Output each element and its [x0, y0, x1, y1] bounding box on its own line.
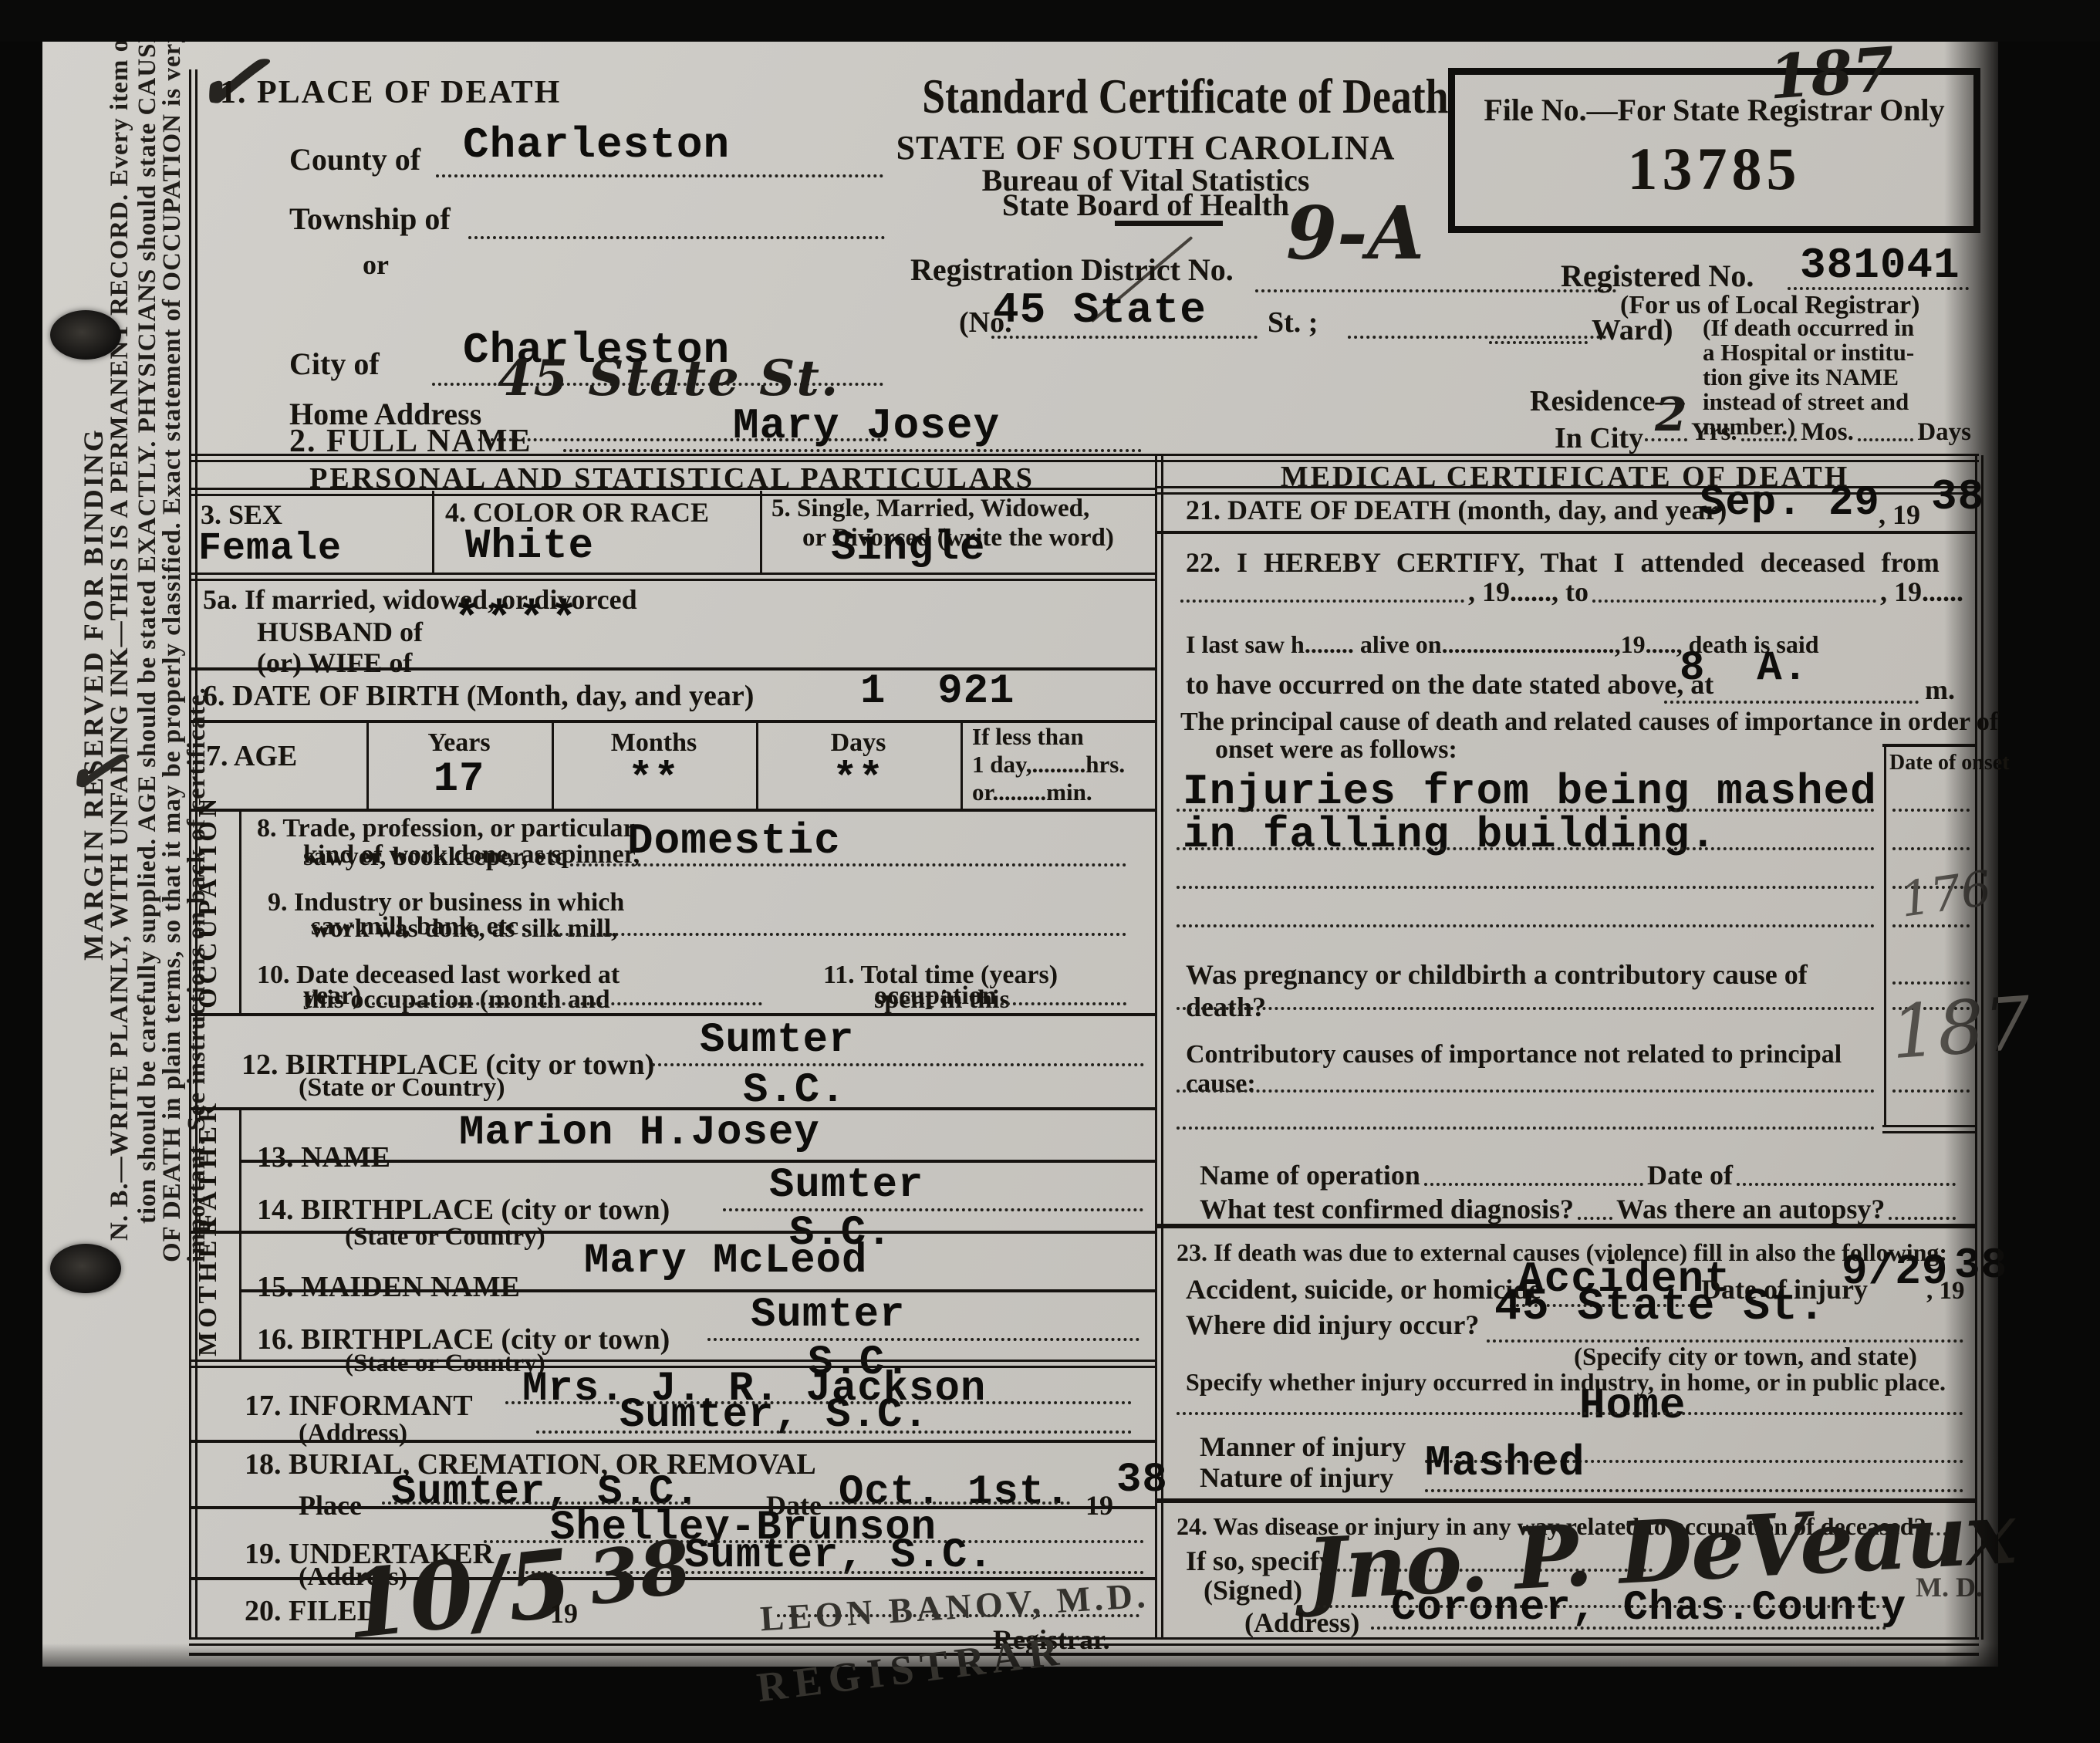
where-value: 45 State St. [1494, 1284, 1826, 1333]
margin-note-binding: MARGIN RESERVED FOR BINDING [77, 427, 110, 961]
dotted-line [366, 1002, 762, 1005]
marital-value: Single [831, 526, 985, 571]
filed-date-hand: 10/5 [340, 1533, 576, 1657]
rule-21-bottom [1155, 531, 1975, 534]
cause-rule-7 [1177, 1127, 1875, 1130]
rule-occ-bottom [189, 1013, 1155, 1016]
item22-certify: 22. I HEREBY CERTIFY, That I attended de… [1186, 548, 1940, 578]
page-number-hand: 187 [1767, 37, 1896, 110]
dob-label: 6. DATE OF BIRTH (Month, day, and year) [203, 681, 754, 712]
full-name-line [563, 449, 1142, 452]
dotted-line [1858, 438, 1914, 441]
registered-line [1788, 287, 1969, 290]
address-line [1371, 1626, 1886, 1630]
hospital-note-3: tion give its NAME [1703, 364, 1899, 390]
cause-rule-2 [1177, 847, 1875, 850]
scan-edge-top [0, 0, 2100, 42]
item17-sub-label: (Address) [299, 1420, 407, 1448]
age-divider-4 [961, 723, 963, 809]
signed-label: (Signed) [1204, 1576, 1302, 1606]
item1-label: 1. PLACE OF DEATH [220, 76, 561, 110]
scan-edge-bottom [42, 1643, 1998, 1667]
occurred-line [1664, 701, 1919, 704]
days-label: Days [756, 729, 961, 758]
left-section-header: PERSONAL AND STATISTICAL PARTICULARS [189, 463, 1155, 495]
registered-no-value: 381041 [1800, 242, 1960, 289]
item9-line: saw mill, bank, etc [311, 912, 1130, 941]
nature-value: Mashed [1425, 1440, 1585, 1486]
mother-inner-line [239, 1231, 241, 1360]
item14-value-city: Sumter [769, 1164, 923, 1208]
onset-box-left [1884, 744, 1886, 1127]
in-city-label: In City [1555, 423, 1643, 454]
item22-19a: , 19......, to [1468, 576, 1589, 608]
residence-units-row: Yrs. Mos. Days [1641, 418, 1971, 447]
binder-hole-top [50, 310, 121, 360]
county-line [436, 174, 883, 177]
dotted-line [1645, 438, 1687, 441]
occurred-label: to have occurred on the date stated abov… [1186, 670, 1713, 700]
township-line [468, 236, 885, 239]
item14-label: 14. BIRTHPLACE (city or town) [257, 1194, 670, 1226]
st-label: St. ; [1268, 307, 1318, 339]
burial-year-value: 38 [1116, 1458, 1168, 1503]
days-value: ** [756, 758, 961, 802]
item14-line [723, 1208, 1143, 1211]
rule-age-bottom [189, 809, 1155, 812]
rule-above-23 [1155, 1224, 1975, 1228]
filed-19-label: 19 [550, 1599, 578, 1629]
reg-district-label: Registration District No. [910, 253, 1234, 286]
ifless-label-1: If less than [972, 724, 1084, 749]
registered-no-label: Registered No. [1561, 259, 1754, 292]
title-dash [1115, 221, 1223, 226]
occurred-time-value: 8 A. [1680, 647, 1808, 691]
item2-label: 2. FULL NAME [289, 424, 532, 459]
item8-value: Domestic [627, 818, 841, 864]
item17-line-2 [536, 1431, 1132, 1434]
street-number-value: 45 State [993, 287, 1207, 333]
item11-label-3: occupation [874, 981, 997, 1011]
county-label: County of [289, 143, 420, 176]
principal-cause-label-1: The principal cause of death and related… [1180, 708, 1998, 737]
home-address-value: 45 State St. [498, 352, 839, 405]
dob-value: 1 921 [860, 670, 1015, 714]
occupation-side-label: OCCUPATION [194, 814, 223, 1008]
where-label: Where did injury occur? [1186, 1310, 1479, 1340]
ifless-label-2: 1 day,.........hrs. [972, 752, 1125, 777]
item14-sub-label: (State or Country) [345, 1224, 545, 1252]
dotted-line [1592, 600, 1876, 603]
item22-attend-line: , 19......, to , 19...... [1177, 576, 1963, 608]
hospital-note-1: (If death occurred in [1703, 315, 1914, 340]
pregnancy-line: Was pregnancy or childbirth a contributo… [1186, 958, 1876, 1023]
item15-value: Mary McLeod [584, 1239, 867, 1284]
item12-sub-label: (State or Country) [299, 1074, 505, 1103]
ward-label: Ward) [1592, 315, 1673, 346]
rule-14-bottom [189, 1231, 1155, 1234]
yrs-label: Yrs. [1691, 418, 1737, 447]
item5a-label-2: HUSBAND of [257, 617, 423, 647]
marital-label-1: 5. Single, Married, Widowed, [771, 495, 1089, 523]
father-inner-line [239, 1107, 241, 1231]
city-label: City of [289, 347, 380, 380]
binder-hole-bottom [50, 1244, 121, 1293]
item16-line [707, 1338, 1139, 1341]
mos-label: Mos. [1801, 418, 1854, 447]
principal-cause-label-2: onset were as follows: [1215, 736, 1457, 765]
item10-label-3: year) [303, 981, 362, 1011]
scanned-death-certificate: { "margin": { "binding": "MARGIN RESERVE… [0, 0, 2100, 1743]
ifless-label-3: or.........min. [972, 779, 1092, 805]
dotted-line [1737, 1183, 1956, 1186]
occupation-inner-line [239, 809, 241, 1013]
reg-district-value: 9-A [1286, 194, 1424, 274]
item5a-label-3: (or) WIFE of [257, 648, 412, 678]
dotted-line [1424, 1183, 1643, 1186]
township-label: Township of [289, 202, 451, 235]
mother-side-label: MOTHER [194, 1236, 223, 1356]
divider-sex-race [432, 491, 434, 573]
autopsy-label: Was there an autopsy? [1616, 1193, 1885, 1225]
item8-label-1: 8. Trade, profession, or particular [257, 815, 635, 843]
item12-line [652, 1063, 1144, 1066]
address-label: (Address) [1244, 1608, 1359, 1638]
cause-rule-5 [1177, 1007, 1875, 1010]
item9-label-3: saw mill, bank, etc [311, 912, 518, 941]
item13-label: 13. NAME [257, 1142, 390, 1174]
item16-value-city: Sumter [751, 1293, 905, 1338]
certificate-paper: MARGIN RESERVED FOR BINDING N. B.—WRITE … [42, 23, 1998, 1667]
or-label: or [363, 250, 389, 280]
rule-15-bottom [239, 1289, 1155, 1292]
test-label: What test confirmed diagnosis? [1200, 1193, 1574, 1225]
file-number: 13785 [1455, 137, 1973, 201]
operation-label: Name of operation [1200, 1159, 1420, 1191]
scan-edge-right [1944, 23, 1998, 1667]
years-value: 17 [366, 758, 552, 802]
item12-value-city: Sumter [700, 1018, 854, 1063]
dotted-line [522, 933, 1126, 936]
divider-race-marital [760, 491, 762, 573]
item11-line: occupation [874, 981, 1130, 1011]
title-state: STATE OF SOUTH CAROLINA [880, 130, 1412, 167]
item5a-value: **** [453, 596, 582, 646]
years-label: Years [366, 729, 552, 758]
accident-label: Accident, suicide, or homicide [1186, 1275, 1541, 1305]
sex-label: 3. SEX [201, 500, 282, 530]
specify-where-label: Specify whether injury occurred in indus… [1186, 1369, 1946, 1396]
operation-line: Name of operation Date of [1200, 1159, 1960, 1191]
specify-where-value: Home [1579, 1383, 1686, 1429]
hospital-note-2: a Hospital or institu- [1703, 339, 1914, 365]
coroner-address-value: Coroner, Chas.County [1391, 1586, 1906, 1631]
age-label: 7. AGE [206, 741, 297, 772]
filed-year-hand: 38 [584, 1527, 696, 1620]
certificate-title: Standard Certificate of Death [922, 69, 1369, 123]
dotted-line [1741, 438, 1798, 441]
hospital-note-4: instead of street and [1703, 389, 1909, 414]
cause-line-2: in falling building. [1183, 812, 1717, 858]
death-date-value: Sep. 29 [1700, 481, 1880, 526]
manner-label: Manner of injury [1200, 1432, 1406, 1462]
county-value: Charleston [463, 122, 730, 168]
item21-19: , 19 [1879, 500, 1920, 530]
st-line [1348, 336, 1606, 339]
dotted-line [1180, 600, 1464, 603]
ward-line [1489, 341, 1588, 344]
pregnancy-label: Was pregnancy or childbirth a contributo… [1186, 958, 1869, 1023]
months-value: ** [552, 758, 756, 802]
file-number-box: File No.—For State Registrar Only 13785 [1448, 68, 1980, 233]
specify-line [1177, 1412, 1963, 1415]
full-name-value: Mary Josey [733, 403, 1000, 449]
item10-line: year) [303, 981, 766, 1011]
date-of-label: Date of [1647, 1159, 1733, 1191]
father-side-label: FATHER [194, 1111, 223, 1228]
months-label: Months [552, 729, 756, 758]
item15-label: 15. MAIDEN NAME [257, 1272, 520, 1303]
where-line [1487, 1339, 1963, 1343]
rule-345-bottom [189, 573, 1155, 581]
cause-rule-3 [1177, 886, 1875, 889]
rule-17-bottom [189, 1440, 1155, 1443]
dotted-line [1578, 1217, 1612, 1220]
item17-label: 17. INFORMANT [245, 1390, 473, 1422]
cause-rule-6 [1177, 1089, 1875, 1093]
cause-rule-4 [1177, 924, 1875, 927]
street-line [991, 336, 1258, 339]
race-value: White [465, 525, 594, 569]
nature-label: Nature of injury [1200, 1463, 1393, 1493]
dotted-line [1001, 1002, 1126, 1005]
item21-label: 21. DATE OF DEATH (month, day, and year) [1186, 495, 1727, 525]
sex-value: Female [198, 529, 342, 570]
item13-value: Marion H.Josey [459, 1111, 820, 1156]
test-line: What test confirmed diagnosis? Was there… [1200, 1193, 1960, 1225]
rule-13-bottom [239, 1160, 1155, 1163]
item8-label-3: sawyer, bookkeeper, etc [303, 843, 566, 872]
margin-note-line1: N. B.—WRITE PLAINLY, WITH UNFADING INK—T… [106, 0, 134, 1241]
